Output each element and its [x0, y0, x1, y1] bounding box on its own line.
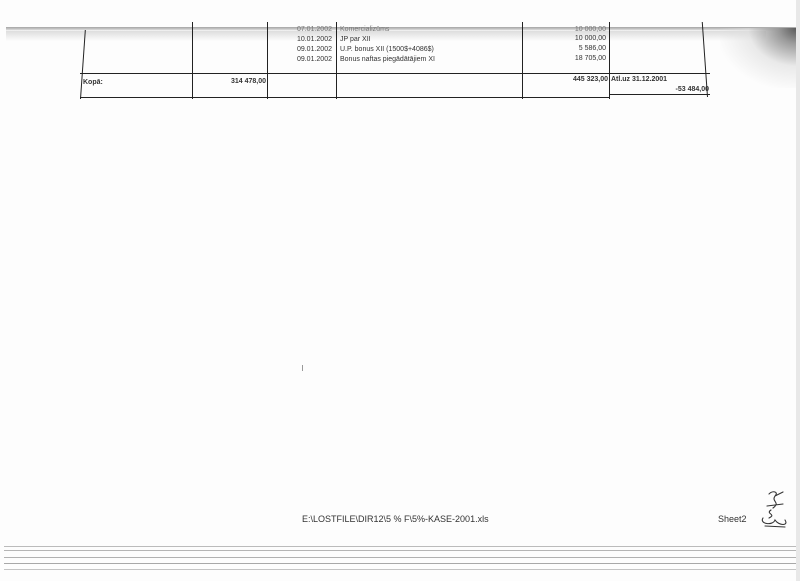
table-border-bottom [609, 94, 710, 95]
column-divider [522, 22, 523, 99]
partial-row-amount: 10 000,00 [524, 25, 606, 34]
scan-edge-right [796, 0, 800, 581]
column-divider [192, 22, 193, 99]
row-description: Bonus naftas piegādātājiem XI [340, 55, 435, 64]
row-divider [80, 73, 710, 74]
row-amount: 10 000,00 [524, 34, 606, 43]
row-date: 10.01.2002 [268, 35, 332, 44]
column-divider [609, 22, 610, 99]
footer-sheet-name: Sheet2 [718, 514, 747, 524]
row-amount: 18 705,00 [524, 54, 606, 63]
table-border-left [80, 30, 86, 99]
total-label: Kopā: [83, 78, 103, 87]
balance-value: -53 484,00 [611, 85, 709, 94]
scan-bottom-artifacts [0, 540, 800, 581]
footer-file-path: E:\LOSTFILE\DIR12\5 % F\5%-KASE-2001.xls [302, 514, 489, 524]
row-amount: 5 586,00 [524, 44, 606, 53]
handwritten-signature-icon [755, 488, 791, 530]
total-expense: 445 323,00 [524, 75, 608, 84]
balance-label: Atl.uz 31.12.2001 [611, 75, 667, 84]
row-date: 09.01.2002 [268, 45, 332, 54]
column-divider [336, 22, 337, 99]
partial-row-description: Komercializūms [340, 25, 389, 34]
partial-row-date: 07.01.2002 [268, 25, 332, 34]
scan-speck [302, 365, 303, 371]
cash-ledger-table: 07.01.2002 Komercializūms 10 000,00 10.0… [80, 22, 712, 99]
row-description: JP par XII [340, 35, 371, 44]
row-description: U.P. bonus XII (1500$+4086$) [340, 45, 434, 54]
table-border-bottom [80, 97, 609, 98]
scanned-page: 07.01.2002 Komercializūms 10 000,00 10.0… [0, 0, 800, 581]
scan-shadow-corner [720, 28, 798, 88]
total-income: 314 478,00 [194, 77, 266, 86]
row-date: 09.01.2002 [268, 55, 332, 64]
